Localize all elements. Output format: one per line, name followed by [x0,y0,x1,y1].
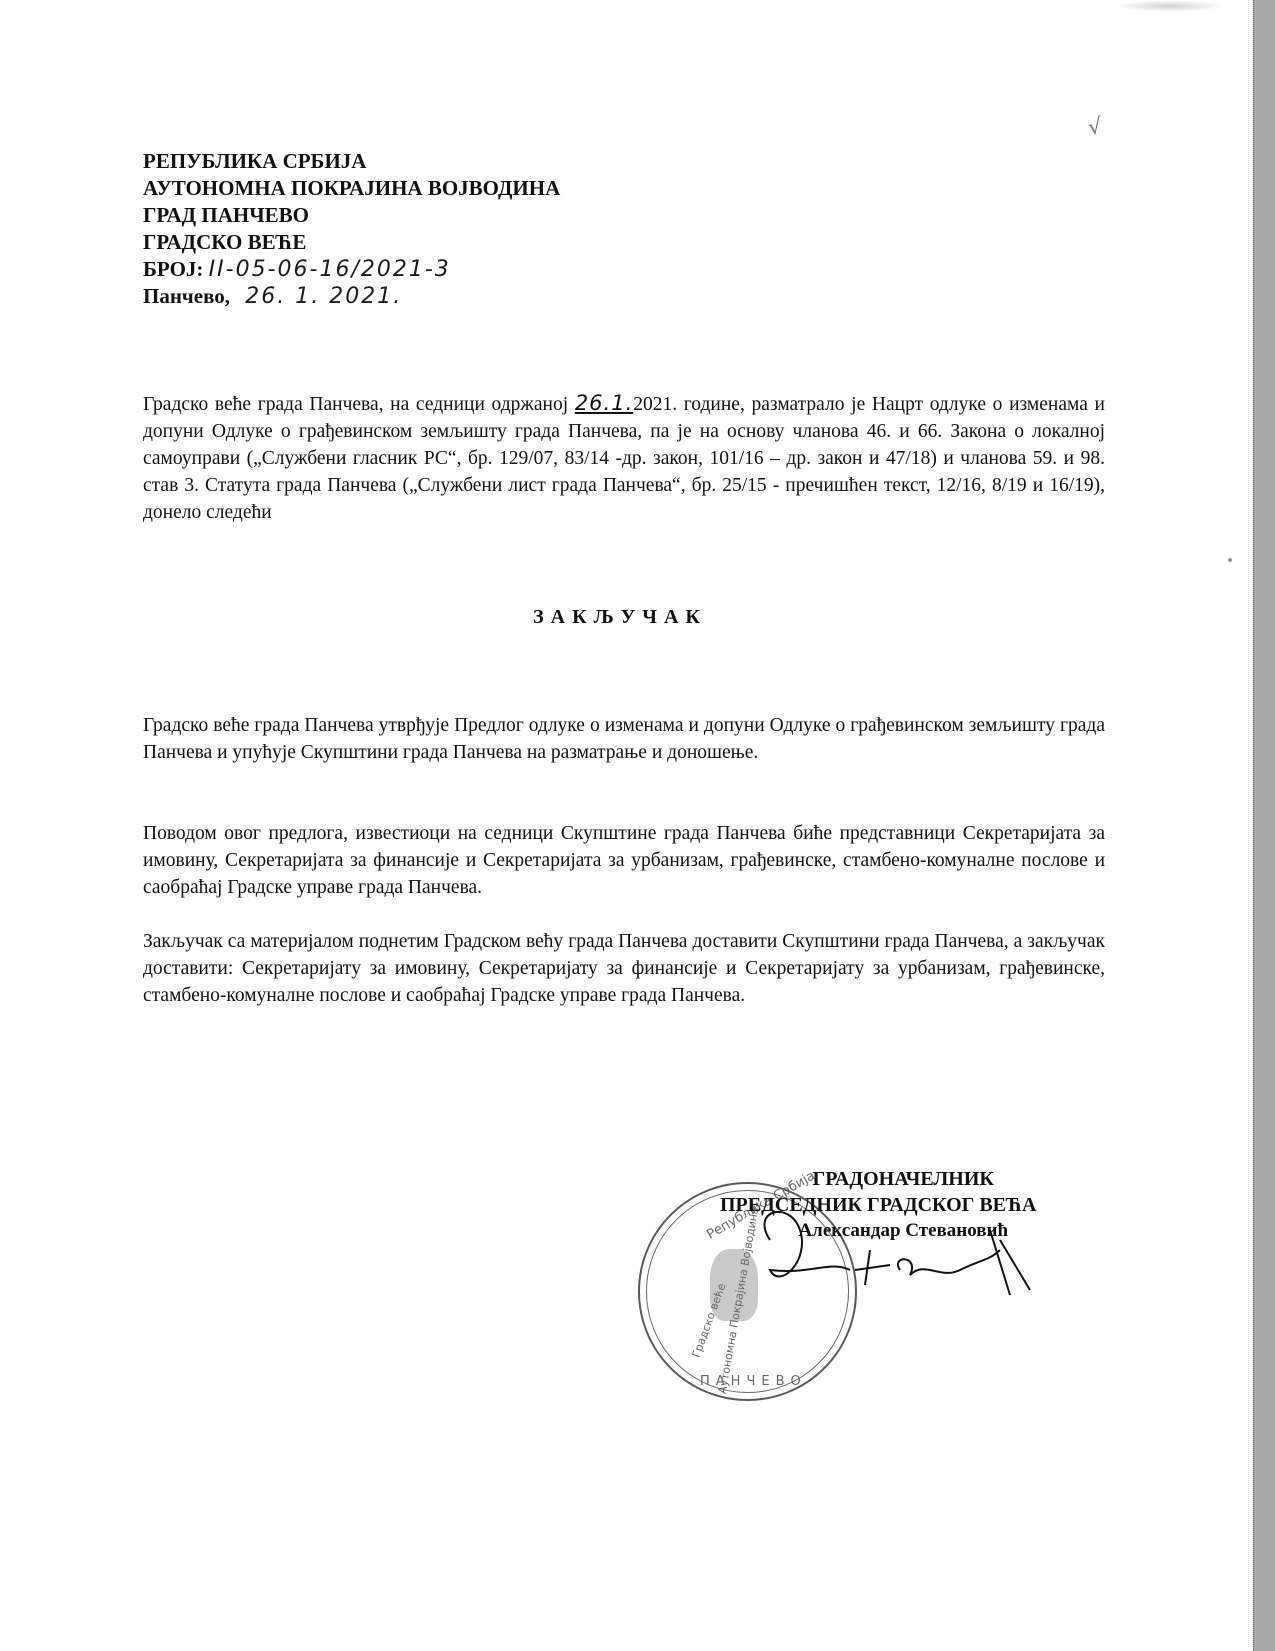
number-label: БРОЈ: [143,257,203,281]
header-line-number: БРОЈ: II-05-06-16/2021-3 [143,256,560,283]
document-title: ЗАКЉУЧАК [0,606,1240,629]
signature-block: ГРАДОНАЧЕЛНИК ПРЕДСЕДНИК ГРАДСКОГ ВЕЋА А… [720,1166,1036,1244]
stamp-bottom-text: ПАНЧЕВО [700,1374,807,1389]
place-label: Панчево, [143,284,230,308]
paragraph-delivery: Закључак са материјалом поднетим Градско… [143,928,1105,1009]
header-line-council: ГРАДСКО ВЕЋЕ [143,229,560,256]
signature-title-mayor: ГРАДОНАЧЕЛНИК [770,1166,1036,1192]
margin-check-mark: √ [1086,114,1103,141]
document-header: РЕПУБЛИКА СРБИЈА АУТОНОМНА ПОКРАЈИНА ВОЈ… [143,148,560,310]
scan-noise [1115,0,1225,12]
paragraph-decision: Градско веће града Панчева утврђује Пред… [143,712,1105,766]
handwritten-date: 26. 1. 2021. [245,284,402,309]
scan-speck [1228,558,1232,562]
handwritten-session-date: 26.1. [575,391,633,415]
paragraph-rapporteurs: Поводом овог предлога, известиоци на сед… [143,820,1105,901]
header-line-province: АУТОНОМНА ПОКРАЈИНА ВОЈВОДИНА [143,175,560,202]
signatory-name: Александар Стевановић [770,1218,1036,1244]
header-line-place-date: Панчево, 26. 1. 2021. [143,283,560,310]
header-line-republic: РЕПУБЛИКА СРБИЈА [143,148,560,175]
intro-paragraph: Градско веће града Панчева, на седници о… [143,390,1105,526]
scan-edge-strip [1253,0,1275,1651]
header-line-city: ГРАД ПАНЧЕВО [143,202,560,229]
handwritten-number: II-05-06-16/2021-3 [209,257,451,282]
intro-before-date: Градско веће града Панчева, на седници о… [143,394,575,415]
signature-title-president: ПРЕДСЕДНИК ГРАДСКОГ ВЕЋА [720,1192,1036,1218]
